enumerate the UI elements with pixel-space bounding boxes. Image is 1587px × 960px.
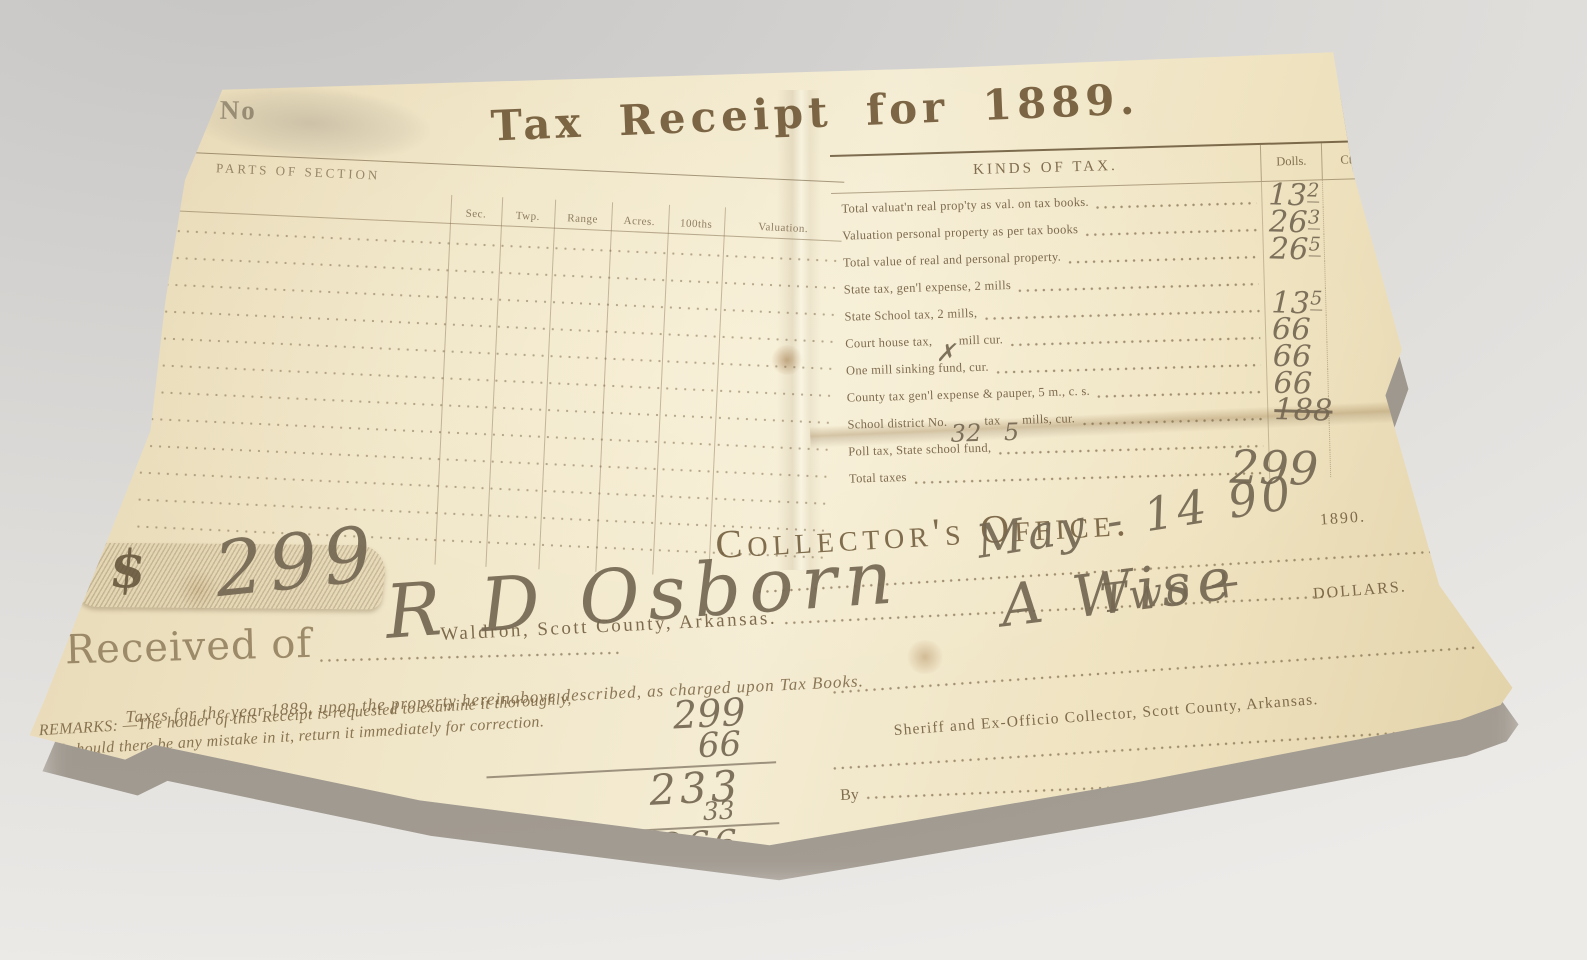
- column-header-twp: Twp.: [501, 209, 554, 223]
- handwritten-amount-fraction: 2: [1307, 179, 1320, 202]
- dotted-rule: [1080, 417, 1262, 426]
- column-header-range: Range: [554, 212, 611, 227]
- tax-kind-label: State School tax, 2 mills,: [834, 306, 977, 329]
- tax-receipt-document: No Tax Receipt for 1889. PARTS OF SECTIO…: [25, 40, 1520, 855]
- dotted-rule: [1094, 201, 1257, 210]
- tax-kind-label: School district No.: [837, 415, 947, 437]
- tax-kind-label: Court house tax,: [835, 334, 933, 356]
- cts-cell: [1328, 395, 1386, 424]
- column-header-acres: Acres.: [611, 214, 668, 229]
- by-label: By: [840, 786, 859, 805]
- cts-cell: [1324, 260, 1382, 289]
- parts-of-section-table: PARTS OF SECTION Sec. Twp. Range Acres. …: [127, 150, 844, 582]
- cts-cell: [1327, 368, 1385, 397]
- dotted-rule: [318, 651, 621, 663]
- cts-cell: [1323, 206, 1381, 235]
- dotted-rule: [1095, 390, 1262, 399]
- column-header-sec: Sec.: [450, 207, 501, 221]
- cts-cell: [1329, 449, 1387, 478]
- cts-cell: [1326, 314, 1384, 343]
- tax-kind-label: tax: [984, 413, 1001, 432]
- handwritten-entry: 5: [1001, 432, 1023, 433]
- dolls-cell: 265: [1262, 234, 1324, 263]
- cts-cell: [1329, 422, 1387, 451]
- handwritten-tax-amount: 188: [1274, 398, 1333, 423]
- dolls-cell: 188: [1267, 396, 1329, 425]
- parts-of-section-heading: PARTS OF SECTION: [144, 157, 452, 187]
- kinds-table-rows: Total valuat'n real prop'ty as val. on t…: [831, 179, 1387, 491]
- tax-kind-label: mills, cur.: [1022, 411, 1075, 431]
- column-header-cts: Cts.: [1321, 142, 1379, 180]
- handwritten-entry: ✗: [933, 352, 959, 353]
- cts-cell: [1322, 179, 1380, 208]
- dollar-sign: $: [106, 539, 149, 600]
- handwritten-tax-amount: 265: [1270, 236, 1322, 262]
- cts-cell: [1325, 287, 1383, 316]
- tax-kind-label: mill cur.: [959, 332, 1004, 352]
- column-header-dolls: Dolls.: [1260, 143, 1322, 181]
- column-header-100ths: 100ths: [667, 217, 724, 232]
- photo-background: No Tax Receipt for 1889. PARTS OF SECTIO…: [0, 0, 1587, 960]
- paper-stain: [1385, 30, 1465, 90]
- column-header-valuation: Valuation.: [724, 219, 842, 236]
- handwritten-entry: 32: [948, 433, 985, 434]
- printed-year: 1890.: [1319, 508, 1366, 529]
- handwritten-amount: 299: [210, 509, 381, 615]
- received-of-label: Received of: [64, 621, 312, 673]
- receipt-number-label: No: [219, 95, 257, 127]
- paper-stain: [1440, 100, 1500, 150]
- cts-cell: [1323, 233, 1381, 262]
- dotted-rule: [1083, 228, 1257, 237]
- tax-kind-label: Total taxes: [839, 470, 907, 491]
- handwritten-amount-fraction: 5: [1308, 233, 1321, 256]
- handwritten-amount-fraction: 3: [1308, 206, 1321, 229]
- cts-cell: [1326, 341, 1384, 370]
- handwritten-amount-fraction: 5: [1310, 287, 1323, 310]
